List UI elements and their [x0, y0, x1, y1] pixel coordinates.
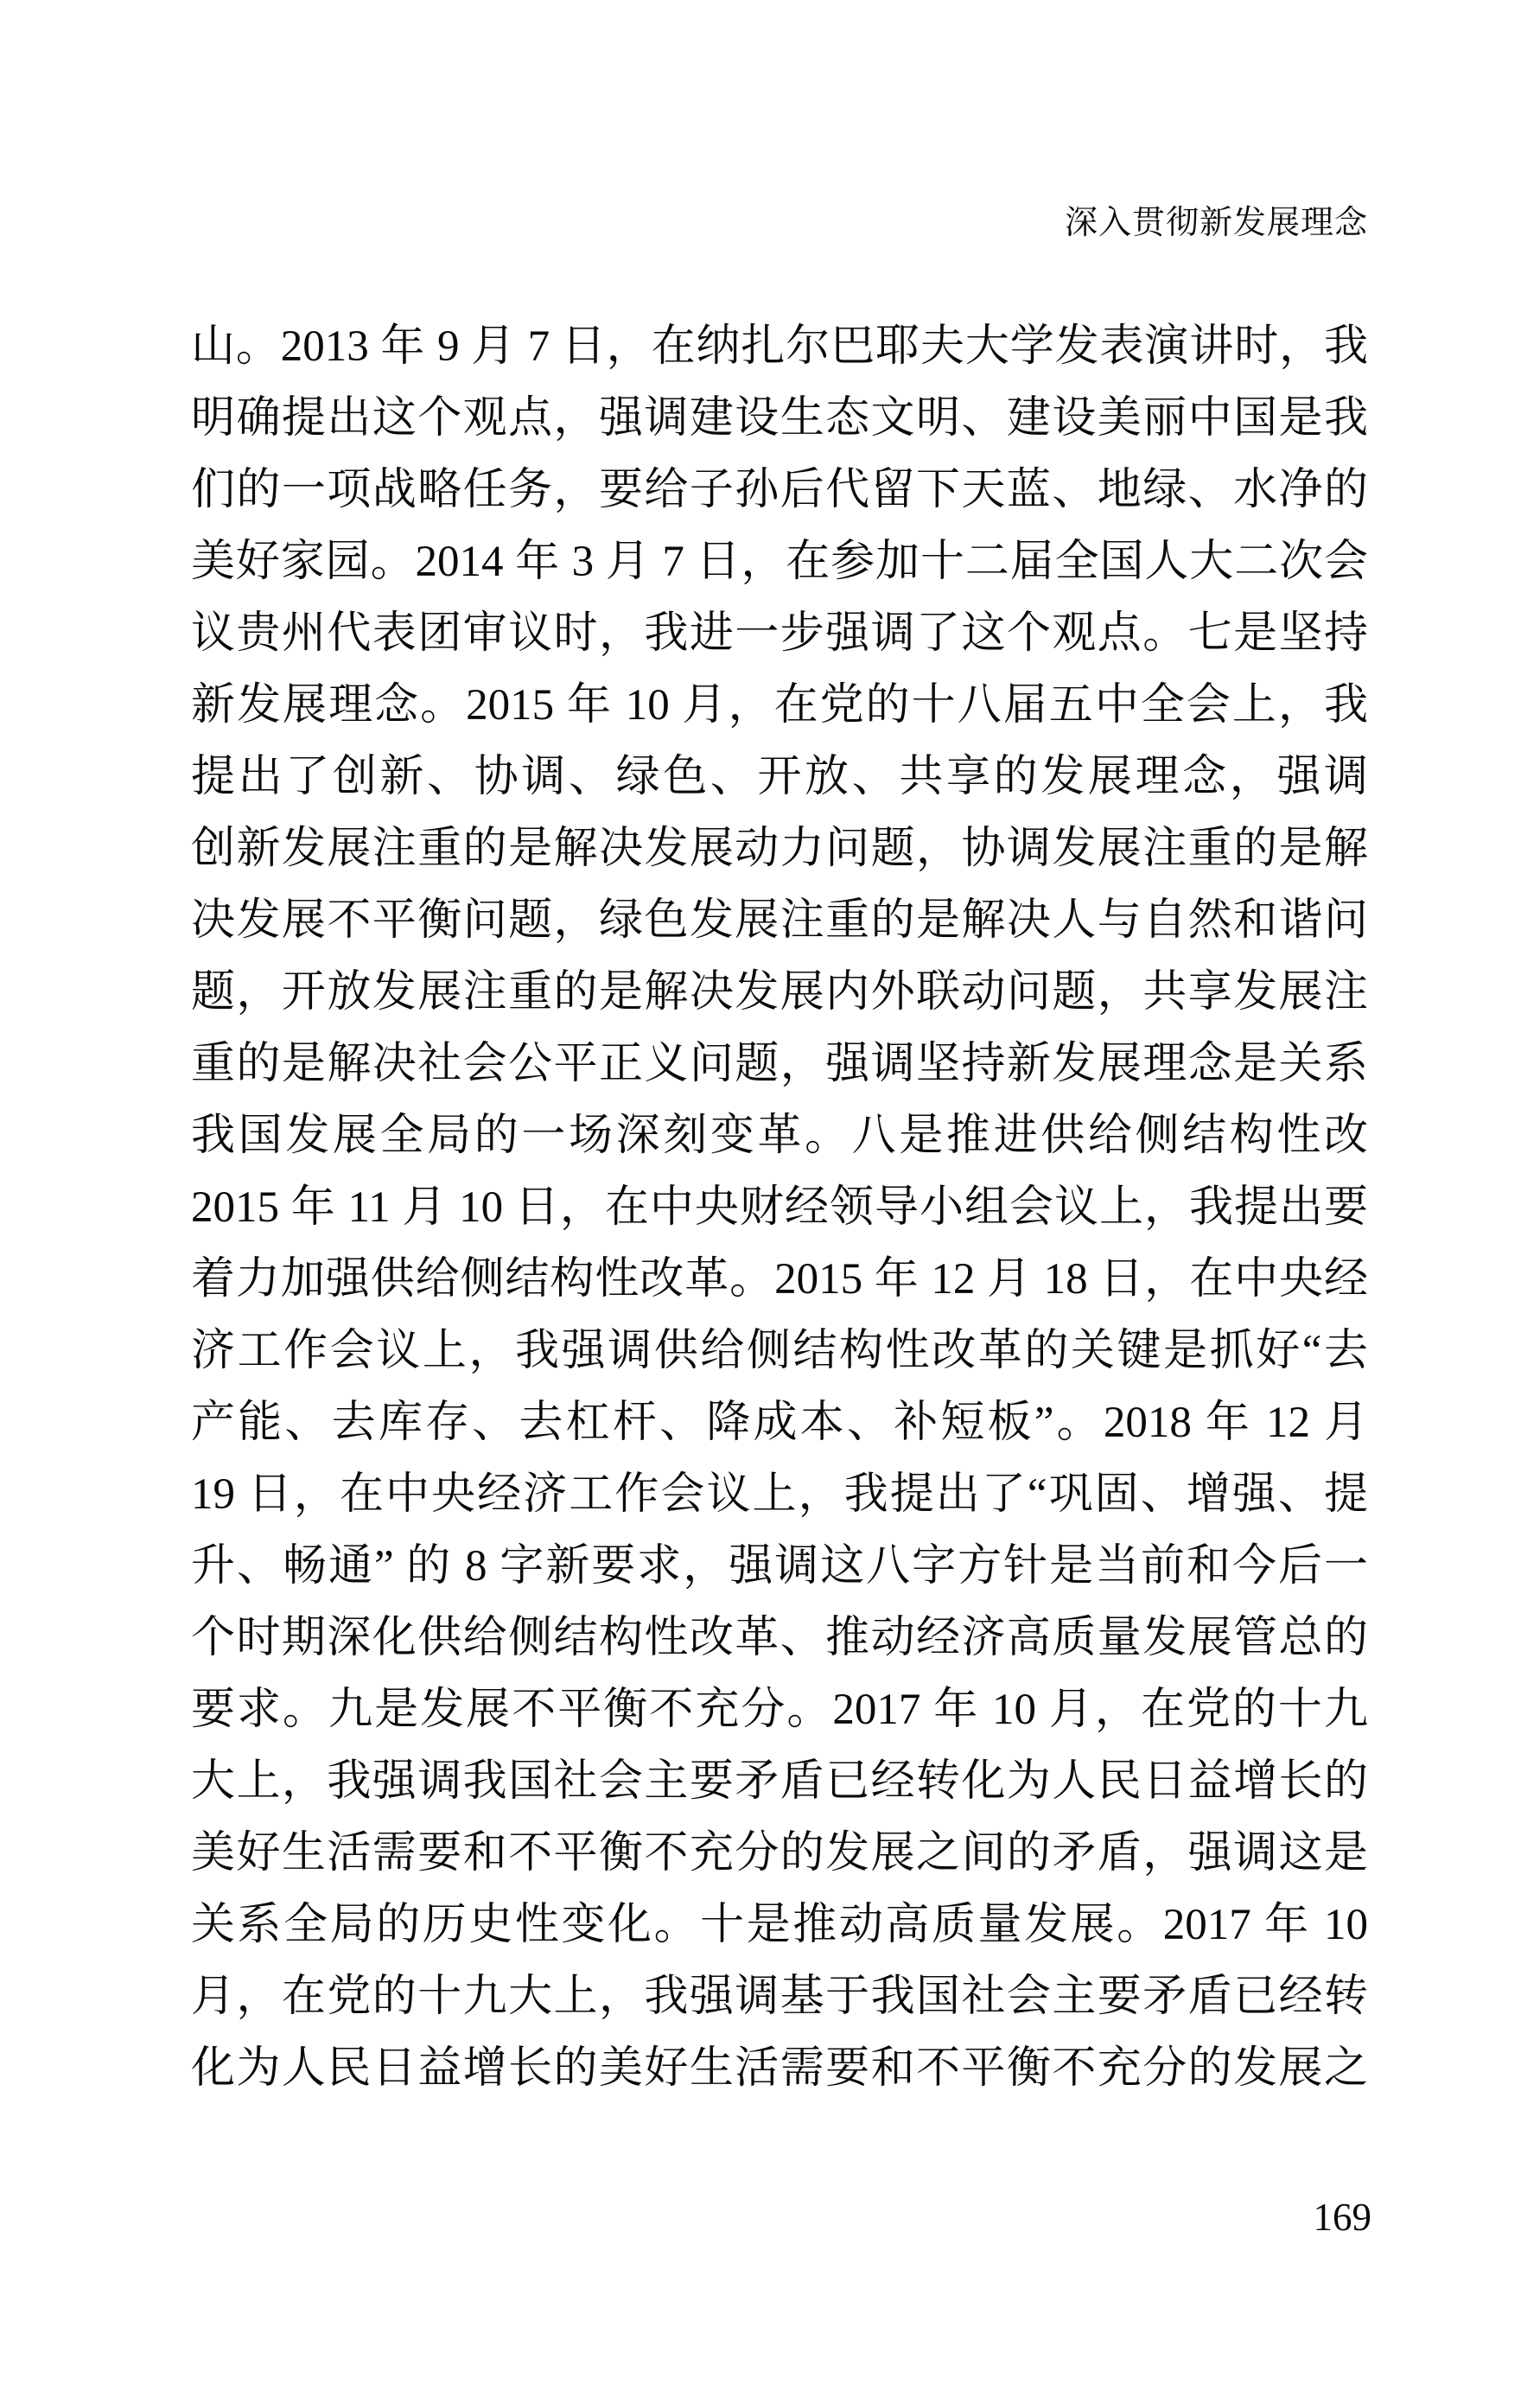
text-line: 美好生活需要和不平衡不充分的发展之间的矛盾，强调这是	[191, 1818, 1368, 1890]
text-line: 创新发展注重的是解决发展动力问题，协调发展注重的是解	[191, 813, 1368, 885]
book-page: 深入贯彻新发展理念 山。2013 年 9 月 7 日，在纳扎尔巴耶夫大学发表演讲…	[0, 0, 1540, 2397]
page-number: 169	[191, 2196, 1371, 2239]
text-line: 明确提出这个观点，强调建设生态文明、建设美丽中国是我	[191, 383, 1368, 455]
text-line: 关系全局的历史性变化。十是推动高质量发展。2017 年 10	[191, 1890, 1368, 1961]
text-line: 着力加强供给侧结构性改革。2015 年 12 月 18 日，在中央经	[191, 1244, 1368, 1316]
text-line: 产能、去库存、去杠杆、降成本、补短板”。2018 年 12 月	[191, 1387, 1368, 1459]
text-line: 题，开放发展注重的是解决发展内外联动问题，共享发展注	[191, 957, 1368, 1029]
text-line: 新发展理念。2015 年 10 月，在党的十八届五中全会上，我	[191, 670, 1368, 742]
text-line: 山。2013 年 9 月 7 日，在纳扎尔巴耶夫大学发表演讲时，我	[191, 311, 1368, 383]
text-line: 美好家园。2014 年 3 月 7 日，在参加十二届全国人大二次会	[191, 526, 1368, 598]
text-line: 大上，我强调我国社会主要矛盾已经转化为人民日益增长的	[191, 1746, 1368, 1818]
text-line: 升、畅通” 的 8 字新要求，强调这八字方针是当前和今后一	[191, 1531, 1368, 1603]
text-line: 个时期深化供给侧结构性改革、推动经济高质量发展管总的	[191, 1603, 1368, 1674]
text-line: 要求。九是发展不平衡不充分。2017 年 10 月，在党的十九	[191, 1674, 1368, 1746]
text-line: 化为人民日益增长的美好生活需要和不平衡不充分的发展之	[191, 2033, 1368, 2105]
text-line: 决发展不平衡问题，绿色发展注重的是解决人与自然和谐问	[191, 885, 1368, 957]
text-line: 们的一项战略任务，要给子孙后代留下天蓝、地绿、水净的	[191, 455, 1368, 526]
text-line: 2015 年 11 月 10 日，在中央财经领导小组会议上，我提出要	[191, 1172, 1368, 1244]
text-line: 19 日，在中央经济工作会议上，我提出了“巩固、增强、提	[191, 1459, 1368, 1531]
text-line: 提出了创新、协调、绿色、开放、共享的发展理念，强调	[191, 742, 1368, 813]
text-line: 重的是解决社会公平正义问题，强调坚持新发展理念是关系	[191, 1029, 1368, 1100]
running-header: 深入贯彻新发展理念	[191, 201, 1368, 245]
text-line: 议贵州代表团审议时，我进一步强调了这个观点。七是坚持	[191, 598, 1368, 670]
text-line: 我国发展全局的一场深刻变革。八是推进供给侧结构性改革。	[191, 1100, 1368, 1172]
text-line: 济工作会议上，我强调供给侧结构性改革的关键是抓好“去	[191, 1316, 1368, 1387]
text-line: 月，在党的十九大上，我强调基于我国社会主要矛盾已经转	[191, 1961, 1368, 2033]
body-text-block: 山。2013 年 9 月 7 日，在纳扎尔巴耶夫大学发表演讲时，我 明确提出这个…	[191, 311, 1368, 2105]
